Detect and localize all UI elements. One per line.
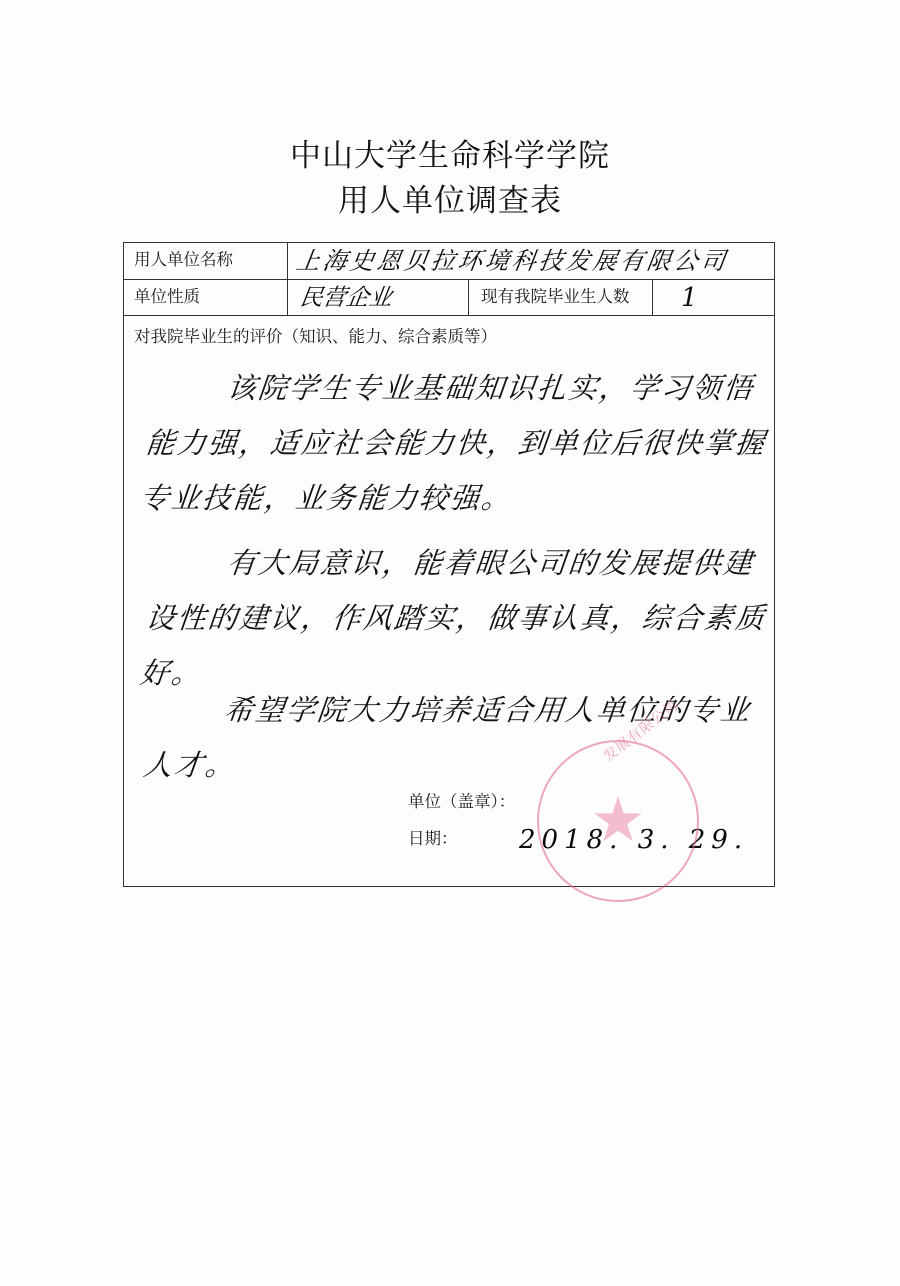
employer-type-label: 单位性质 <box>124 280 287 314</box>
employer-name-row: 用人单位名称 上海史恩贝拉环境科技发展有限公司 <box>124 243 774 280</box>
survey-form-table: 用人单位名称 上海史恩贝拉环境科技发展有限公司 单位性质 民营企业 现有我院毕业… <box>123 242 775 887</box>
date-label: 日期： <box>408 825 458 849</box>
evaluation-paragraph-1: 该院学生专业基础知识扎实，学习领悟能力强，适应社会能力快，到单位后很快掌握专业技… <box>137 361 774 526</box>
graduate-count-value: 1 <box>653 280 774 316</box>
employer-type-label-cell: 单位性质 <box>124 280 288 315</box>
employer-type-value-cell: 民营企业 <box>288 280 469 315</box>
evaluation-paragraph-3: 希望学院大力培养适合用人单位的专业人才。 <box>140 683 782 793</box>
document-title-line1: 中山大学生命科学学院 <box>0 130 900 175</box>
document-title-line2: 用人单位调查表 <box>0 175 900 220</box>
seal-label: 单位（盖章）： <box>408 788 515 812</box>
employer-name-value: 上海史恩贝拉环境科技发展有限公司 <box>285 243 776 279</box>
evaluation-label: 对我院毕业生的评价（知识、能力、综合素质等） <box>134 323 497 347</box>
employer-type-value: 民营企业 <box>285 280 470 316</box>
date-value: 2018. 3. 29. <box>519 825 748 855</box>
employer-name-label-cell: 用人单位名称 <box>124 243 288 279</box>
graduate-count-label: 现有我院毕业生人数 <box>469 280 652 314</box>
employer-name-value-cell: 上海史恩贝拉环境科技发展有限公司 <box>288 243 774 279</box>
employer-type-row: 单位性质 民营企业 现有我院毕业生人数 1 <box>124 280 774 316</box>
graduate-count-label-cell: 现有我院毕业生人数 <box>469 280 653 315</box>
employer-name-label: 用人单位名称 <box>124 243 287 277</box>
graduate-count-value-cell: 1 <box>653 280 774 315</box>
evaluation-paragraph-2: 有大局意识，能着眼公司的发展提供建设性的建议，作风踏实，做事认真，综合素质好。 <box>137 536 774 701</box>
